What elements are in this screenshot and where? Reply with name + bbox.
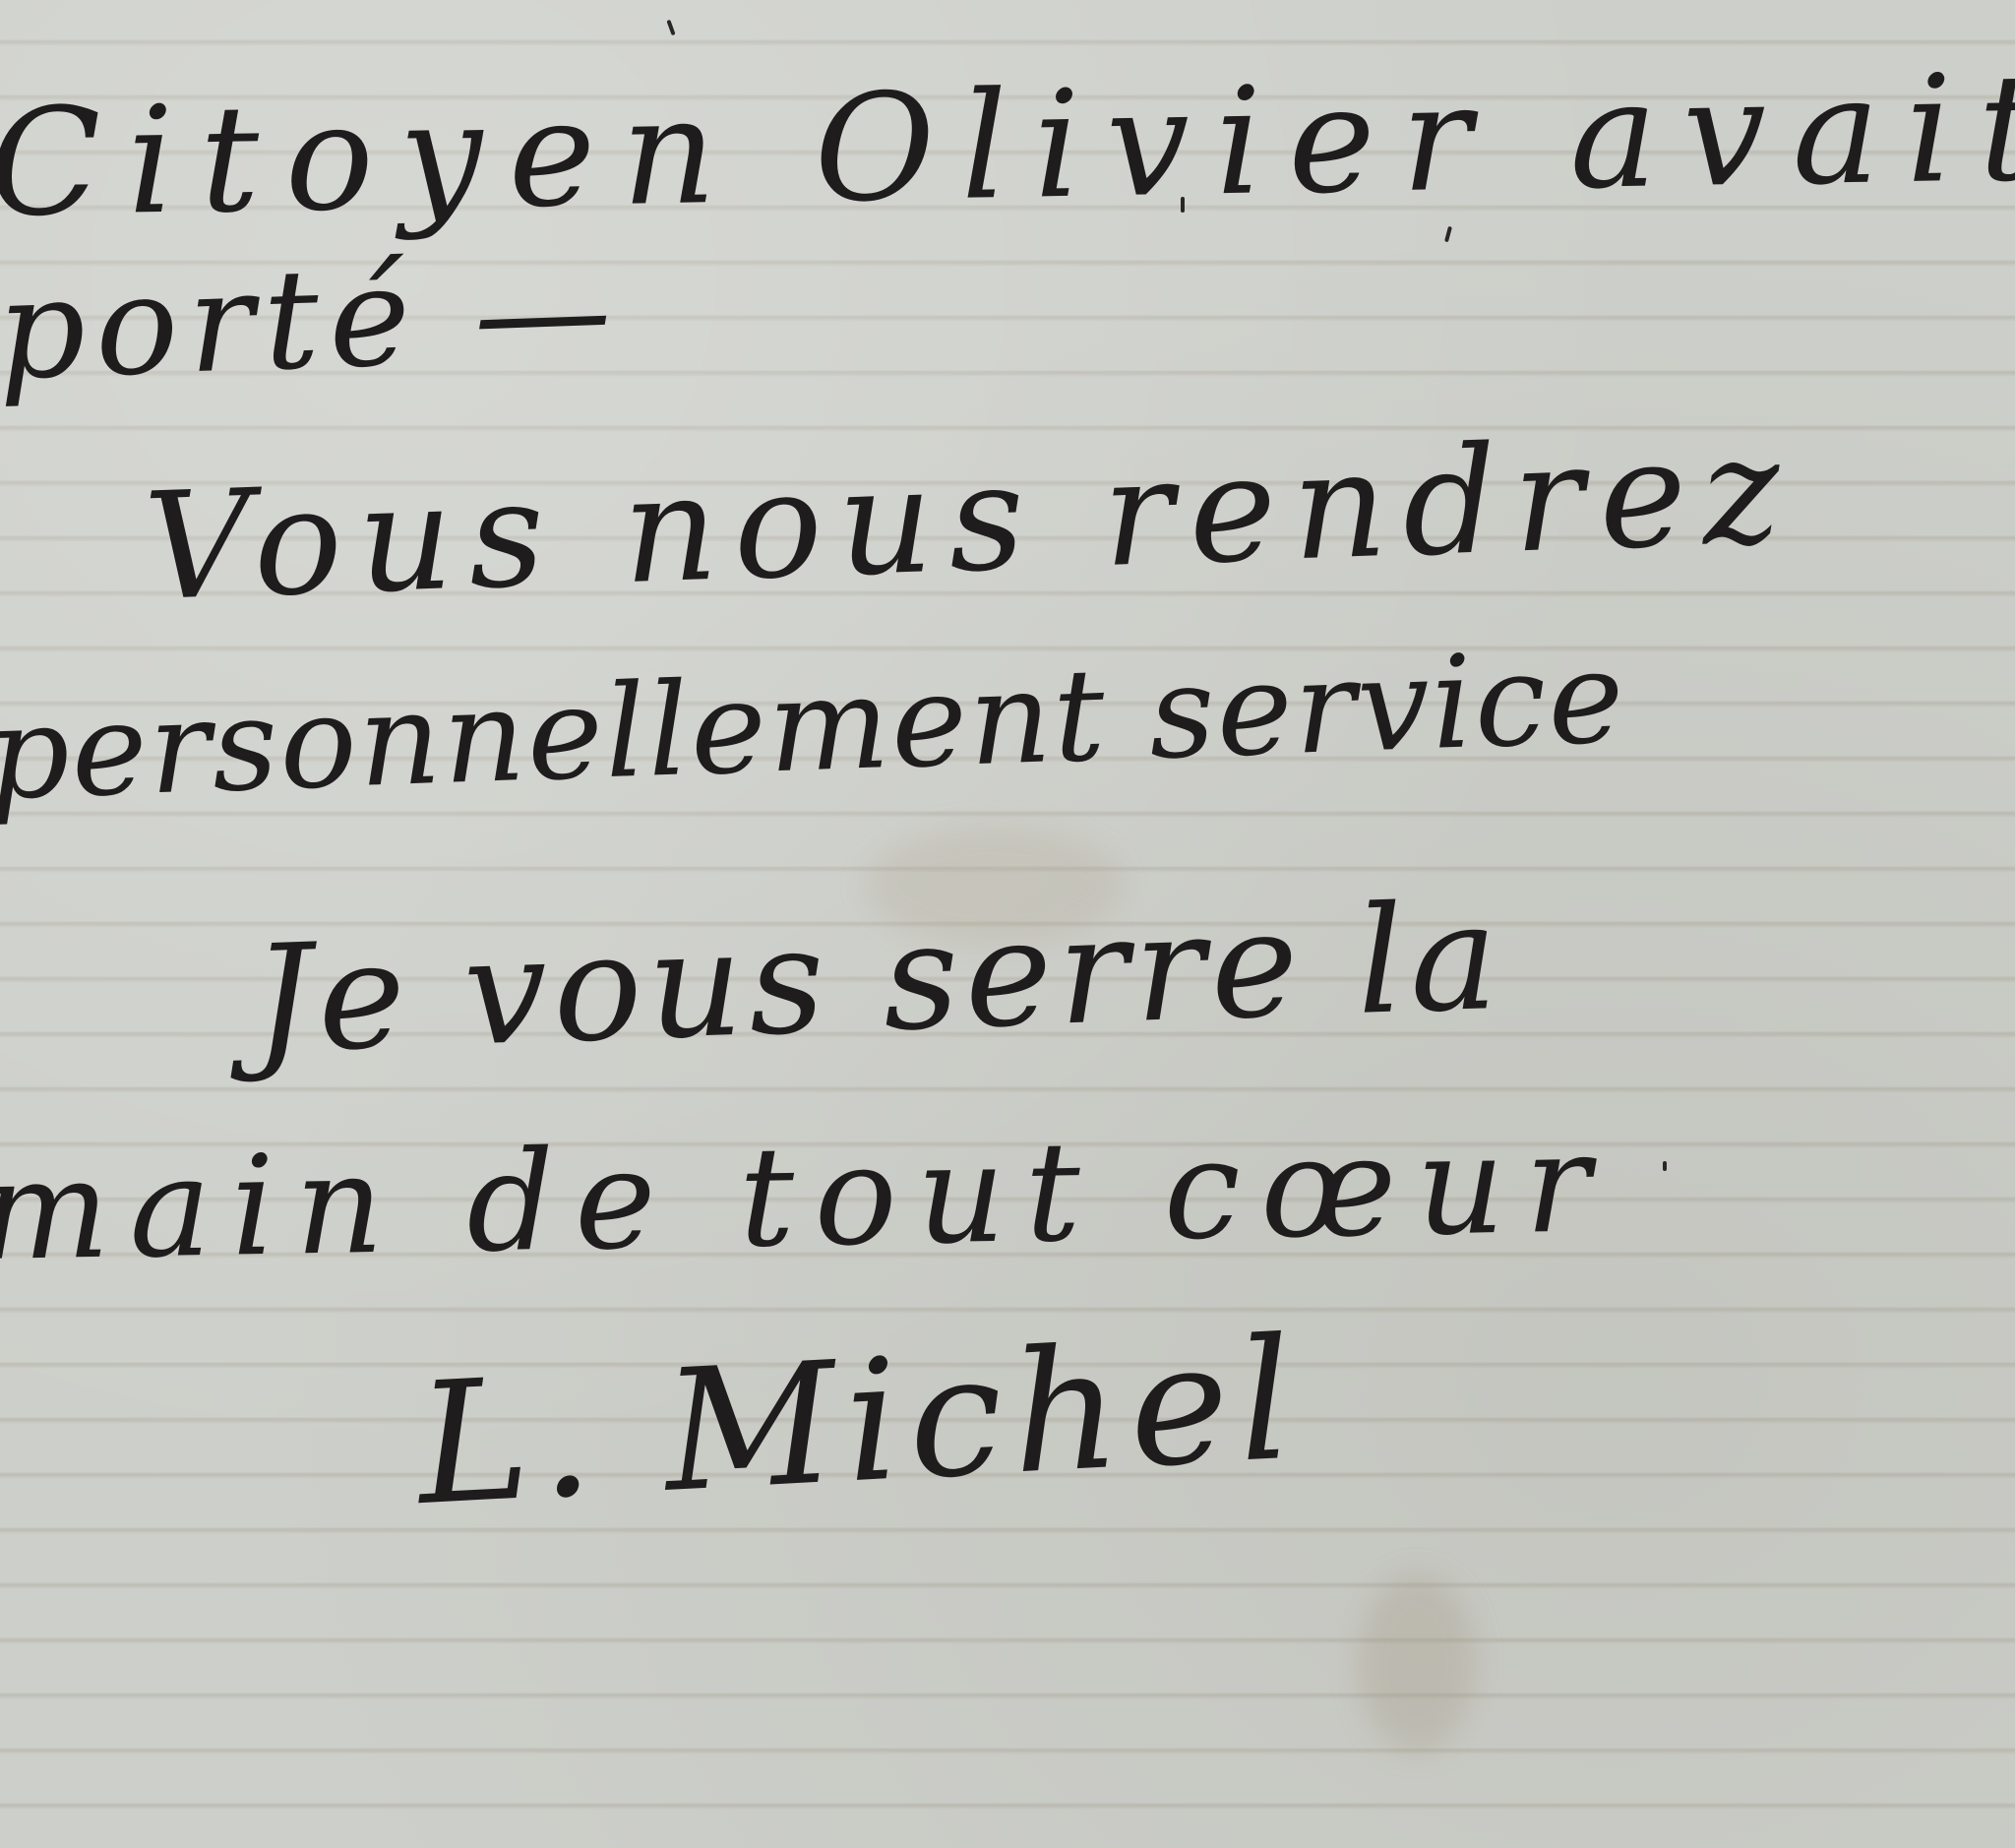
signature: L. Michel xyxy=(413,1302,1307,1543)
letter-line-closing: main de tout cœur xyxy=(0,1103,1612,1292)
letter-line-closing: Je vous serre la xyxy=(250,872,1506,1086)
letter-line: Vous nous rendrez xyxy=(142,405,1799,634)
paper-stain xyxy=(1358,1574,1476,1752)
letter-page: Citoyen Olivier avait porté — Vous nous … xyxy=(0,0,2015,1848)
ink-speck xyxy=(1663,1161,1667,1171)
letter-line-salutation: Citoyen Olivier avait xyxy=(0,42,2015,250)
letter-line: personnellement service xyxy=(0,622,1628,829)
ink-speck xyxy=(1444,226,1452,242)
ink-speck xyxy=(666,20,675,35)
letter-line: porté — xyxy=(0,229,624,411)
